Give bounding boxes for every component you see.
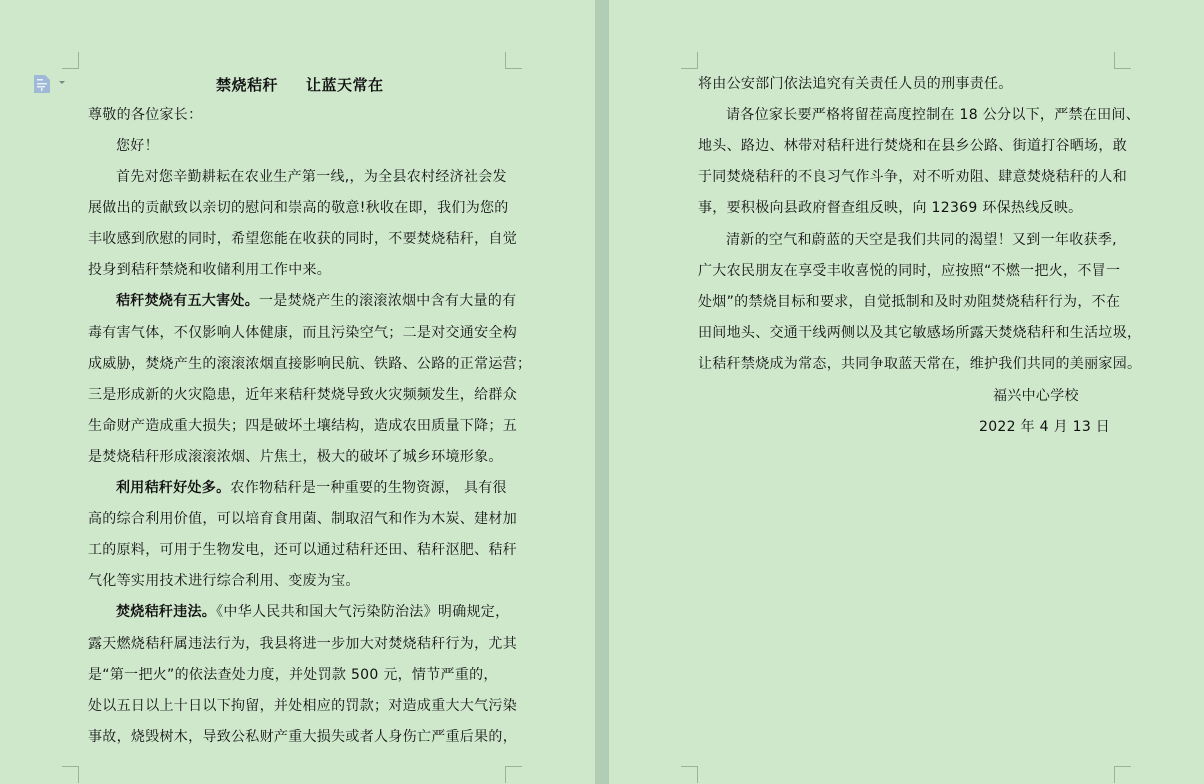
paragraph-layout-icon[interactable]: [34, 75, 50, 93]
text-line: 是焚烧秸秆形成滚滚浓烟、片焦土，极大的破坏了城乡环境形象。: [88, 447, 503, 467]
text-line: 事，要积极向县政府督查组反映，向 12369 环保热线反映。: [698, 198, 1082, 218]
line-text: 高的综合利用价值，可以培育食用菌、制取沼气和作为木炭、建材加: [88, 511, 517, 527]
line-text: 田间地头、交通干线两侧以及其它敏感场所露天焚烧秸秆和生活垃圾，: [698, 325, 1141, 341]
line-text: 地头、路边、林带对秸秆进行焚烧和在县乡公路、街道打谷晒场，敢: [698, 138, 1127, 154]
line-text: 成威胁，焚烧产生的滚滚浓烟直接影响民航、铁路、公路的正常运营；: [88, 356, 531, 372]
text-line: 利用秸秆好处多。农作物秸秆是一种重要的生物资源， 具有很: [116, 478, 507, 498]
text-line: 气化等实用技术进行综合利用、变废为宝。: [88, 571, 360, 591]
text-line: 是“第一把火”的依法查处力度，并处罚款 500 元，情节严重的，: [88, 665, 498, 685]
date: 2022 年 4 月 13 日: [979, 417, 1110, 437]
margin-corner-bottom-right: [1114, 766, 1131, 783]
text-line: 毒有害气体，不仅影响人体健康，而且污染空气；二是对交通安全构: [88, 323, 517, 343]
line-text: 清新的空气和蔚蓝的天空是我们共同的渴望！又到一年收获季,: [726, 232, 1117, 248]
page-gutter: [595, 0, 609, 784]
text-line: 处烟”的禁烧目标和要求，自觉抵制和及时劝阻焚烧秸秆行为，不在: [698, 292, 1120, 312]
line-text: 事故，烧毁树木，导致公私财产重大损失或者人身伤亡严重后果的，: [88, 729, 517, 745]
line-text: 农作物秸秆是一种重要的生物资源， 具有很: [230, 480, 506, 496]
document-title: 禁烧秸秆让蓝天常在: [216, 75, 384, 95]
bold-heading: 焚烧秸秆违法。: [116, 604, 216, 620]
line-text: 事，要积极向县政府督查组反映，向 12369 环保热线反映。: [698, 200, 1082, 216]
text-line: 秸秆焚烧有五大害处。一是焚烧产生的滚滚浓烟中含有大量的有: [116, 291, 516, 311]
line-text: 处以五日以上十日以下拘留，并处相应的罚款；对造成重大大气污染: [88, 698, 517, 714]
text-line: 让秸秆禁烧成为常态，共同争取蓝天常在，维护我们共同的美丽家园。: [698, 354, 1141, 374]
text-line: 清新的空气和蔚蓝的天空是我们共同的渴望！又到一年收获季,: [726, 230, 1117, 250]
text-line: 露天燃烧秸秆属违法行为，我县将进一步加大对焚烧秸秆行为，尤其: [88, 634, 517, 654]
text-line: 处以五日以上十日以下拘留，并处相应的罚款；对造成重大大气污染: [88, 696, 517, 716]
line-text: 工的原料，可用于生物发电，还可以通过秸秆还田、秸秆沤肥、秸秆: [88, 542, 517, 558]
text-line: 田间地头、交通干线两侧以及其它敏感场所露天焚烧秸秆和生活垃圾，: [698, 323, 1141, 343]
line-text: 展做出的贡献致以亲切的慰问和崇高的敬意!秋收在即，我们为您的: [88, 200, 509, 216]
line-text: 露天燃烧秸秆属违法行为，我县将进一步加大对焚烧秸秆行为，尤其: [88, 636, 517, 652]
greeting: 尊敬的各位家长：: [88, 105, 202, 125]
text-line: 展做出的贡献致以亲切的慰问和崇高的敬意!秋收在即，我们为您的: [88, 198, 509, 218]
text-line: 三是形成新的火灾隐患，近年来秸秆焚烧导致火灾频频发生，给群众: [88, 385, 517, 405]
line-text: 三是形成新的火灾隐患，近年来秸秆焚烧导致火灾频频发生，给群众: [88, 387, 517, 403]
margin-corner-top-right: [1114, 52, 1131, 69]
line-text: 毒有害气体，不仅影响人体健康，而且污染空气；二是对交通安全构: [88, 325, 517, 341]
text-line: 地头、路边、林带对秸秆进行焚烧和在县乡公路、街道打谷晒场，敢: [698, 136, 1127, 156]
line-text: 气化等实用技术进行综合利用、变废为宝。: [88, 573, 360, 589]
document-page-2[interactable]: 将由公安部门依法追究有关责任人员的刑事责任。请各位家长要严格将留茬高度控制在 1…: [609, 0, 1204, 784]
bold-heading: 利用秸秆好处多。: [116, 480, 230, 496]
line-text: 广大农民朋友在享受丰收喜悦的同时，应按照“不燃一把火，不冒一: [698, 263, 1120, 279]
text-line: 成威胁，焚烧产生的滚滚浓烟直接影响民航、铁路、公路的正常运营；: [88, 354, 531, 374]
text-line: 焚烧秸秆违法。《中华人民共和国大气污染防治法》明确规定，: [116, 602, 509, 622]
line-text: 投身到秸秆禁烧和收储利用工作中来。: [88, 262, 331, 278]
chevron-down-icon[interactable]: [59, 81, 65, 84]
margin-corner-top-left: [62, 52, 79, 69]
line-text: 将由公安部门依法追究有关责任人员的刑事责任。: [698, 76, 1013, 92]
margin-corner-bottom-right: [505, 766, 522, 783]
line-text: 是“第一把火”的依法查处力度，并处罚款 500 元，情节严重的，: [88, 667, 498, 683]
text-line: 事故，烧毁树木，导致公私财产重大损失或者人身伤亡严重后果的，: [88, 727, 517, 747]
title-part-2: 让蓝天常在: [306, 76, 384, 94]
text-line: 丰收感到欣慰的同时，希望您能在收获的同时，不要焚烧秸秆，自觉: [88, 229, 517, 249]
signature: 福兴中心学校: [993, 386, 1079, 406]
line-text: 是焚烧秸秆形成滚滚浓烟、片焦土，极大的破坏了城乡环境形象。: [88, 449, 503, 465]
line-text: 让秸秆禁烧成为常态，共同争取蓝天常在，维护我们共同的美丽家园。: [698, 356, 1141, 372]
bold-heading: 秸秆焚烧有五大害处。: [116, 293, 259, 309]
line-text: 《中华人民共和国大气污染防治法》明确规定，: [216, 604, 509, 620]
text-line: 高的综合利用价值，可以培育食用菌、制取沼气和作为木炭、建材加: [88, 509, 517, 529]
line-text: 于同焚烧秸秆的不良习气作斗争，对不听劝阻、肆意焚烧秸秆的人和: [698, 169, 1127, 185]
document-page-1[interactable]: 禁烧秸秆让蓝天常在 尊敬的各位家长： 您好！ 首先对您辛勤耕耘在农业生产第一线,…: [0, 0, 595, 784]
text-line: 工的原料，可用于生物发电，还可以通过秸秆还田、秸秆沤肥、秸秆: [88, 540, 517, 560]
margin-corner-top-left: [681, 52, 698, 69]
margin-corner-top-right: [505, 52, 522, 69]
salutation: 您好！: [116, 136, 159, 156]
text-line: 首先对您辛勤耕耘在农业生产第一线,，为全县农村经济社会发: [116, 167, 507, 187]
title-part-1: 禁烧秸秆: [216, 76, 278, 94]
margin-corner-bottom-left: [681, 766, 698, 783]
text-line: 生命财产造成重大损失；四是破坏土壤结构，造成农田质量下降；五: [88, 416, 517, 436]
text-line: 投身到秸秆禁烧和收储利用工作中来。: [88, 260, 331, 280]
text-line: 将由公安部门依法追究有关责任人员的刑事责任。: [698, 74, 1013, 94]
line-text: 一是焚烧产生的滚滚浓烟中含有大量的有: [259, 293, 516, 309]
text-line: 广大农民朋友在享受丰收喜悦的同时，应按照“不燃一把火，不冒一: [698, 261, 1120, 281]
line-text: 首先对您辛勤耕耘在农业生产第一线,，为全县农村经济社会发: [116, 169, 507, 185]
line-text: 处烟”的禁烧目标和要求，自觉抵制和及时劝阻焚烧秸秆行为，不在: [698, 294, 1120, 310]
text-line: 于同焚烧秸秆的不良习气作斗争，对不听劝阻、肆意焚烧秸秆的人和: [698, 167, 1127, 187]
line-text: 丰收感到欣慰的同时，希望您能在收获的同时，不要焚烧秸秆，自觉: [88, 231, 517, 247]
line-text: 生命财产造成重大损失；四是破坏土壤结构，造成农田质量下降；五: [88, 418, 517, 434]
margin-corner-bottom-left: [62, 766, 79, 783]
line-text: 请各位家长要严格将留茬高度控制在 18 公分以下，严禁在田间、: [726, 107, 1140, 123]
text-line: 请各位家长要严格将留茬高度控制在 18 公分以下，严禁在田间、: [726, 105, 1140, 125]
